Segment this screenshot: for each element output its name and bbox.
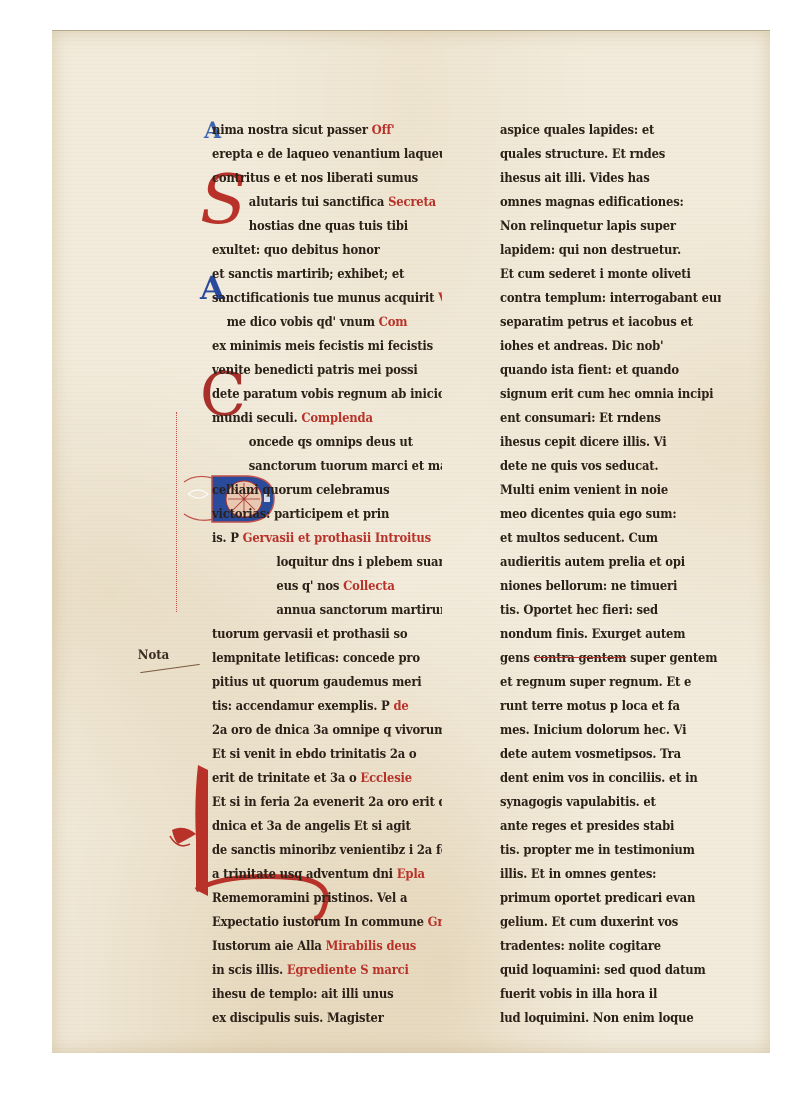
text-line: dent enim vos in conciliis. et in [500,766,721,790]
text-line: audieritis autem prelia et opi [500,550,721,574]
text-line: primum oportet predicari evan [500,886,721,910]
text-line: dete ne quis vos seducat. [500,454,721,478]
text-line: Expectatio iustorum In commune Gr [212,910,442,934]
text-line: meo dicentes quia ego sum: [500,502,721,526]
right-text-column: aspice quales lapides: et quales structu… [500,118,740,1030]
text-line: ihesus cepit dicere illis. Vi [500,430,721,454]
text-line: tis. propter me in testimonium [500,838,721,862]
text-line: Rememoramini pristinos. Vel a [212,886,442,910]
text-line: 2a oro de dnica 3a omnipe q vivorum [212,718,442,742]
text-line: dete autem vosmetipsos. Tra [500,742,721,766]
text-line: mes. Inicium dolorum hec. Vi [500,718,721,742]
text-line: omnes magnas edificationes: [500,190,721,214]
text-line: pitius ut quorum gaudemus meri [212,670,442,694]
text-line: quando ista fient: et quando [500,358,721,382]
text-line: venite benedicti patris mei possi [212,358,442,382]
text-line: dete paratum vobis regnum ab inicio [212,382,442,406]
text-line: Iustorum aie Alla Mirabilis deus [212,934,442,958]
text-line: et sanctis martirib; exhibet; et [212,262,442,286]
text-line: separatim petrus et iacobus et [500,310,721,334]
text-line: illis. Et in omnes gentes: [500,862,721,886]
text-line: ex discipulis suis. Magister [212,1006,442,1030]
text-line: iohes et andreas. Dic nob' [500,334,721,358]
text-line: quid loquamini: sed quod datum [500,958,721,982]
text-line: hostias dne quas tuis tibi [212,214,442,238]
text-line: is. P Gervasii et prothasii Introitus [212,526,442,550]
text-line: ihesu de templo: ait illi unus [212,982,442,1006]
text-line: annua sanctorum martirum [212,598,442,622]
text-line: tis. Oportet hec fieri: sed [500,598,721,622]
text-line: me dico vobis qd' vnum Com [212,310,442,334]
text-line: nima nostra sicut passer Off' [212,118,442,142]
text-line: Multi enim venient in noie [500,478,721,502]
text-line: tis: accendamur exemplis. P de [212,694,442,718]
text-line: de sanctis minoribz venientibz i 2a feri… [212,838,442,862]
text-line: exultet: quo debitus honor [212,238,442,262]
text-line: Non relinquetur lapis super [500,214,721,238]
text-line: ent consumari: Et rndens [500,406,721,430]
text-line: gelium. Et cum duxerint vos [500,910,721,934]
text-line: ex minimis meis fecistis mi fecistis [212,334,442,358]
text-line: contra templum: interrogabant eum [500,286,721,310]
text-line: erepta e de laqueo venantium laqueus [212,142,442,166]
text-line: aspice quales lapides: et [500,118,721,142]
text-line: synagogis vapulabitis. et [500,790,721,814]
margin-note: Nota [138,648,169,663]
text-line: et regnum super regnum. Et e [500,670,721,694]
text-line: signum erit cum hec omnia incipi [500,382,721,406]
text-line: eus q' nos Collecta [212,574,442,598]
text-line: tuorum gervasii et prothasii so [212,622,442,646]
text-line: oncede qs omnips deus ut [212,430,442,454]
text-line: in scis illis. Egrediente S marci [212,958,442,982]
text-line: fuerit vobis in illa hora il [500,982,721,1006]
text-line: lapidem: qui non destruetur. [500,238,721,262]
text-line: lempnitate letificas: concede pro [212,646,442,670]
text-line: lud loquimini. Non enim loque [500,1006,721,1030]
text-line: ihesus ait illi. Vides has [500,166,721,190]
text-line: sanctificationis tue munus acquirit V [212,286,442,310]
text-line: gens contra gentem super gentem [500,646,721,670]
text-line: tradentes: nolite cogitare [500,934,721,958]
text-line: contritus e et nos liberati sumus [212,166,442,190]
text-line: niones bellorum: ne timueri [500,574,721,598]
text-line: Et si in feria 2a evenerit 2a oro erit d… [212,790,442,814]
text-line: et multos seducent. Cum [500,526,721,550]
text-line: victorias: participem et prin [212,502,442,526]
text-line: loquitur dns i plebem suam [212,550,442,574]
text-line: sanctorum tuorum marci et mar [212,454,442,478]
text-line: mundi seculi. Complenda [212,406,442,430]
text-line: runt terre motus p loca et fa [500,694,721,718]
text-line: alutaris tui sanctifica Secreta [212,190,442,214]
text-line: ante reges et presides stabi [500,814,721,838]
text-line: Et si venit in ebdo trinitatis 2a o [212,742,442,766]
text-line: a trinitate usq adventum dni Epla [212,862,442,886]
text-line: nondum finis. Exurget autem [500,622,721,646]
text-line: quales structure. Et rndes [500,142,721,166]
text-line: erit de trinitate et 3a o Ecclesie [212,766,442,790]
text-line: celliani quorum celebramus [212,478,442,502]
text-line: dnica et 3a de angelis Et si agit [212,814,442,838]
left-text-column: nima nostra sicut passer Off' erepta e d… [212,118,462,1030]
text-line: Et cum sederet i monte oliveti [500,262,721,286]
